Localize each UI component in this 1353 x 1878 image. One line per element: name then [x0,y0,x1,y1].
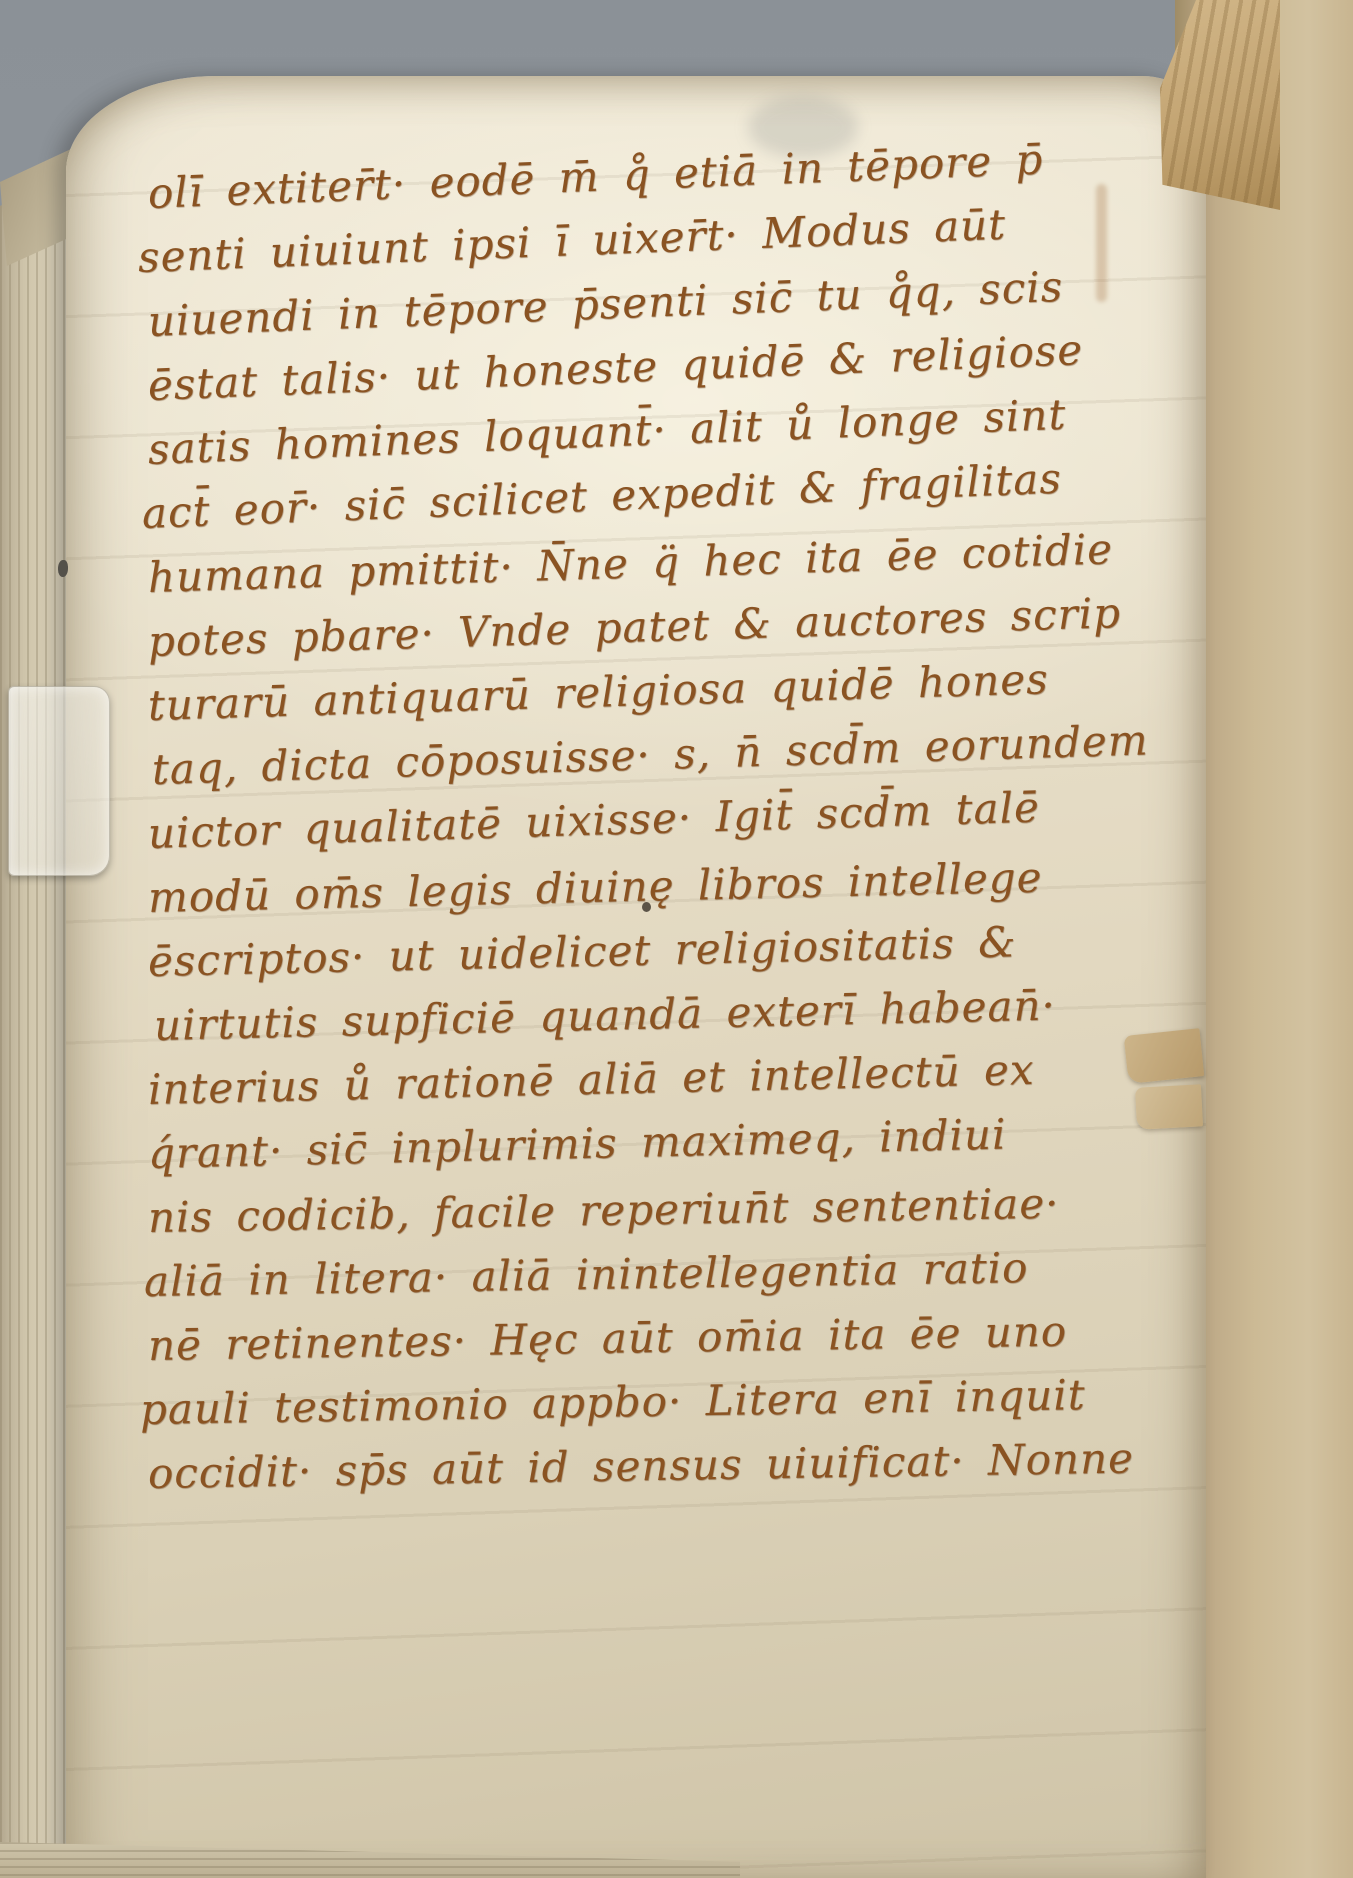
text-block: olī extiter̄t· eodē m̄ q̊ etiā in tēpore… [148,162,1128,1506]
ink-speck [642,902,651,912]
translucent-fastener-tab [8,686,110,876]
fore-edge-tab [1124,1028,1205,1084]
manuscript-photo: olī extiter̄t· eodē m̄ q̊ etiā in tēpore… [0,0,1353,1878]
fore-edge-tab [1135,1084,1203,1129]
dark-speck [58,560,68,577]
